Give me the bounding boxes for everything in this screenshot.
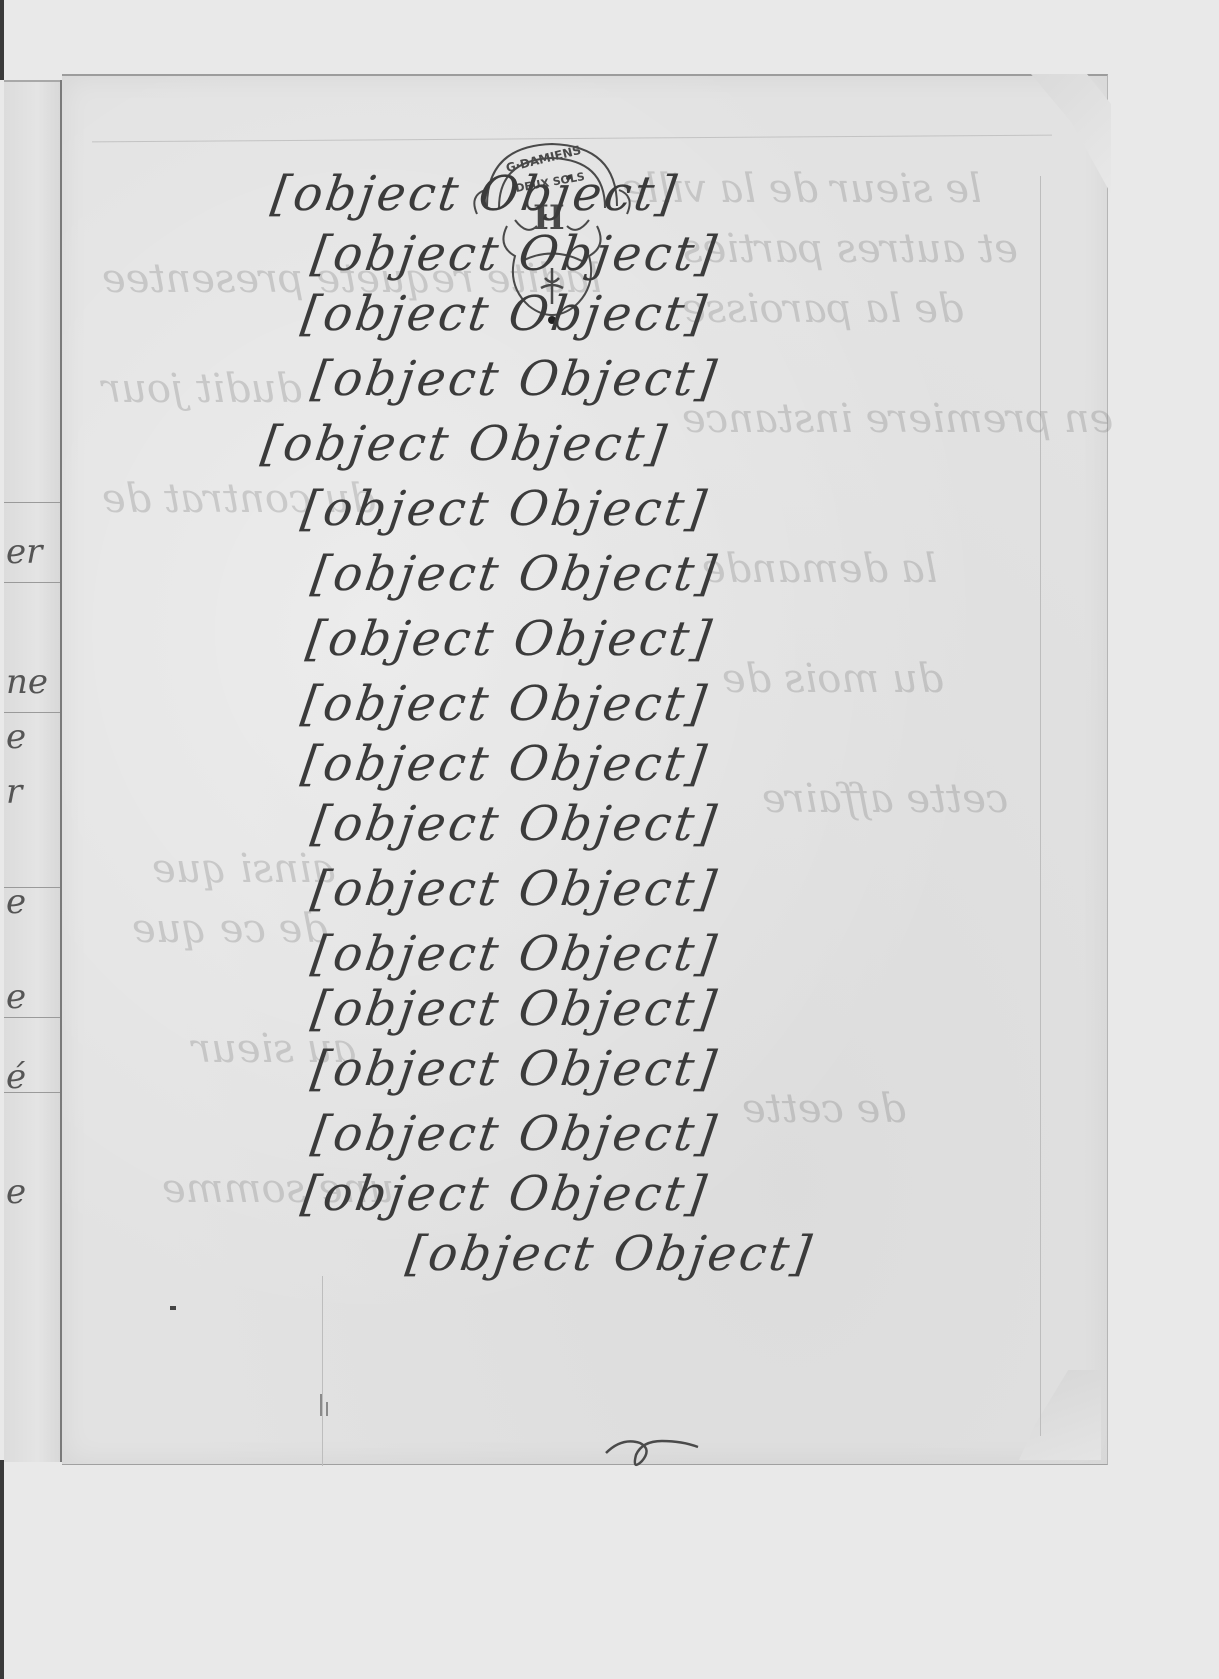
manuscript-line: [object Object] (308, 926, 722, 982)
bleed-through-text: la demande (702, 546, 937, 592)
adjacent-leaf: er ne e r e e é e (4, 80, 60, 1462)
manuscript-line: [object Object] (308, 351, 722, 407)
manuscript-line: [object Object] (298, 676, 712, 732)
manuscript-line: [object Object] (268, 166, 682, 222)
leaf-rule (4, 582, 60, 583)
manuscript-line: [object Object] (308, 981, 722, 1037)
manuscript-line: [object Object] (258, 416, 672, 472)
manuscript-line: [object Object] (308, 861, 722, 917)
bleed-through-text: en premiere instance (682, 396, 1113, 442)
manuscript-line: [object Object] (308, 546, 722, 602)
bleed-through-text: dudit jour (102, 366, 302, 412)
bleed-through-text: du mois de (722, 656, 943, 702)
manuscript-line: [object Object] (308, 1106, 722, 1162)
margin-fragment: r (6, 772, 22, 812)
ink-dot (170, 1306, 176, 1310)
leaf-rule (4, 1017, 60, 1018)
edge-rule (1040, 176, 1041, 1436)
manuscript-line: [object Object] (308, 226, 722, 282)
pencil-rule (322, 1276, 323, 1466)
closing-flourish-icon (602, 1431, 702, 1471)
manuscript-line: [object Object] (403, 1226, 817, 1282)
margin-fragment: e (6, 977, 26, 1017)
manuscript-line: [object Object] (298, 286, 712, 342)
bleed-through-text: de cette (742, 1086, 906, 1132)
manuscript-line: [object Object] (303, 611, 717, 667)
manuscript-line: [object Object] (298, 1166, 712, 1222)
margin-fragment: ne (6, 662, 48, 702)
manuscript-page: le sieur de la ville et autres parties l… (62, 74, 1108, 1465)
leaf-rule (4, 502, 60, 503)
leaf-rule (4, 1092, 60, 1093)
bleed-through-text: de ce que (132, 906, 328, 952)
margin-fragment: e (6, 717, 26, 757)
scan-edge-top (0, 0, 4, 80)
margin-fragment: e (6, 882, 26, 922)
manuscript-line: [object Object] (298, 481, 712, 537)
leaf-rule (4, 887, 60, 888)
margin-fragment: e (6, 1172, 26, 1212)
bleed-through-text: et autres parties (682, 226, 1018, 272)
pencil-mark (326, 1402, 328, 1416)
manuscript-line: [object Object] (308, 796, 722, 852)
bleed-through-text: cette affaire (762, 776, 1008, 822)
leaf-rule (4, 712, 60, 713)
scan-edge-bottom (0, 1460, 4, 1679)
margin-fragment: er (6, 532, 42, 572)
manuscript-line: [object Object] (298, 736, 712, 792)
bleed-through-text: ainsi que (152, 846, 335, 892)
margin-fragment: é (6, 1057, 26, 1097)
corner-fold-bottom-right (1019, 1370, 1101, 1460)
manuscript-line: [object Object] (308, 1041, 722, 1097)
bleed-through-text: de la paroisse (682, 286, 964, 332)
